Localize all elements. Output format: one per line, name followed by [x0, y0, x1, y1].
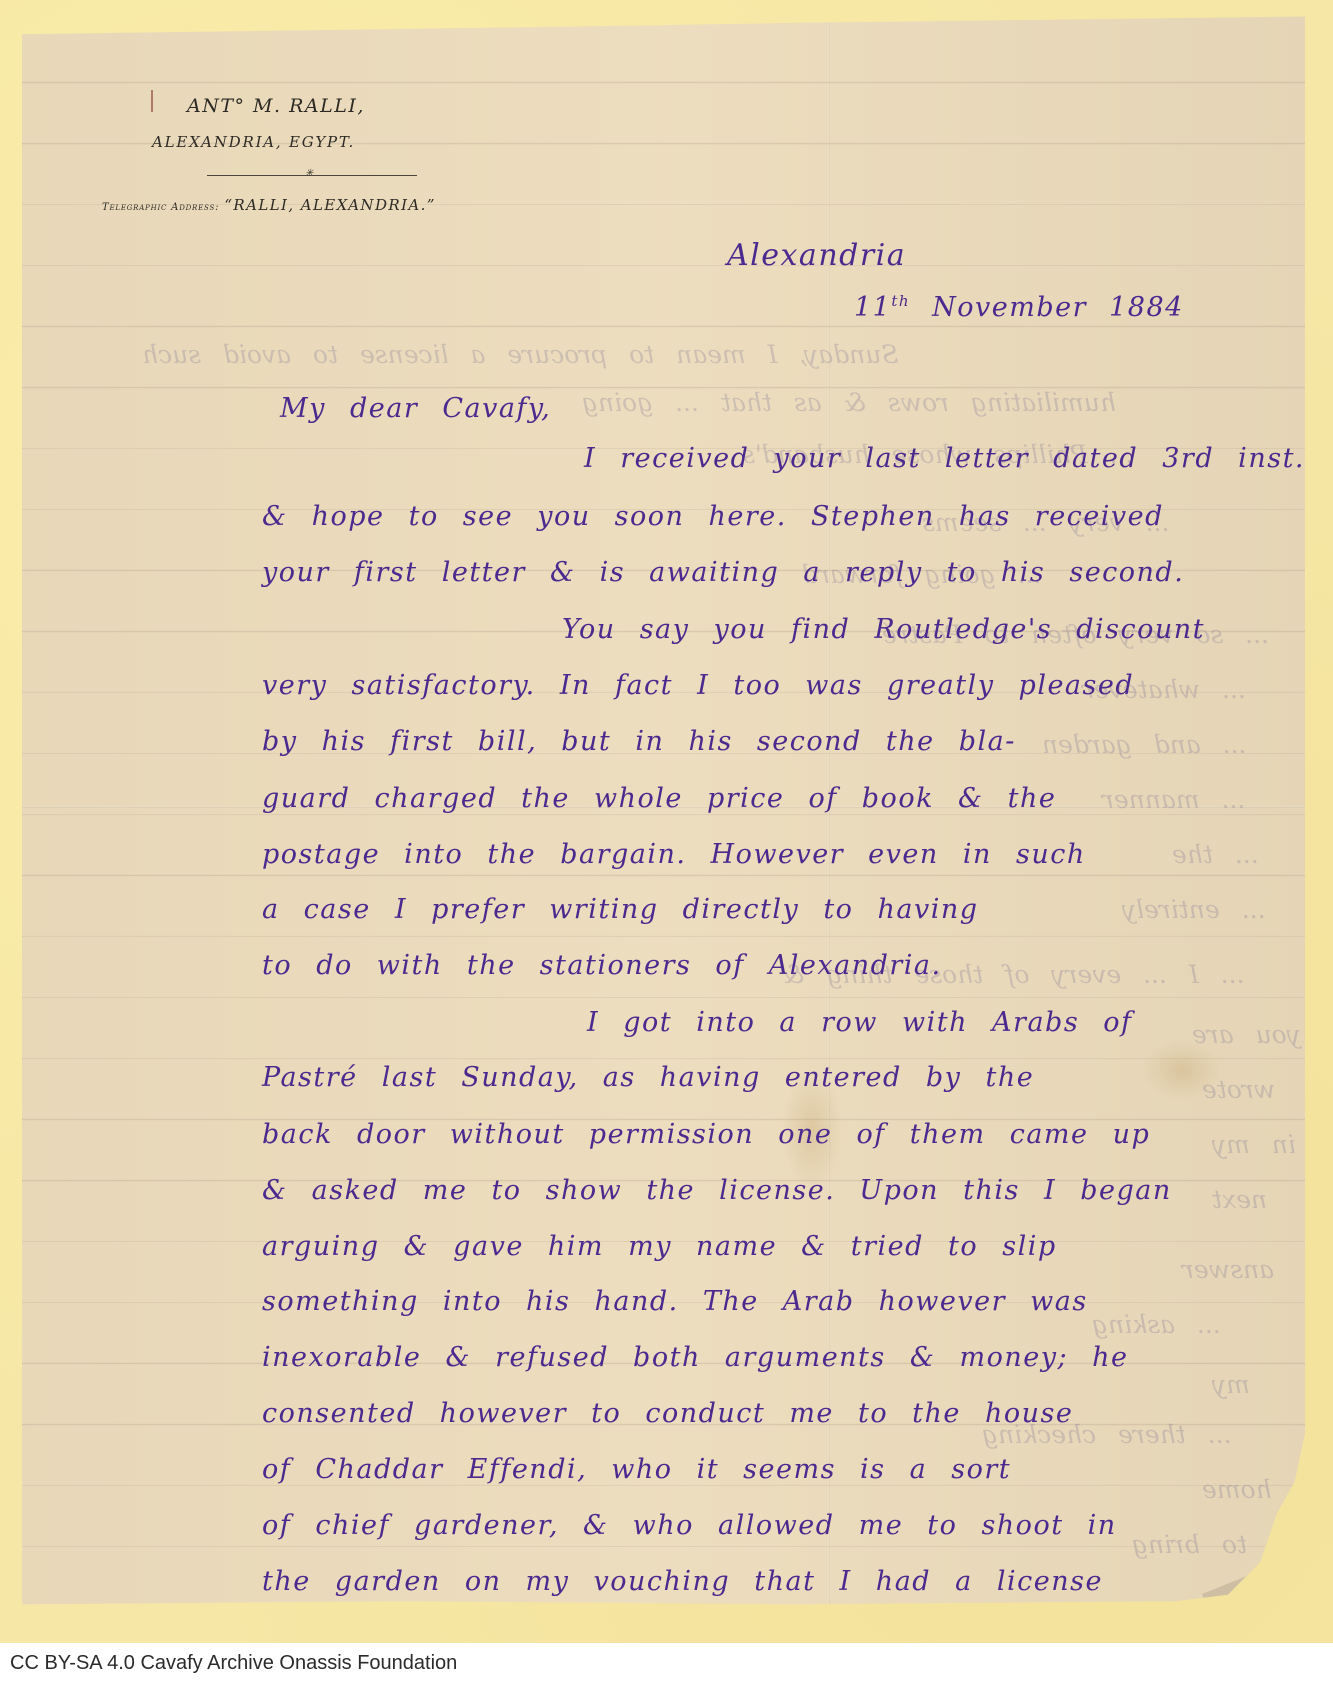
- bleed-through-line: ... manner: [1102, 785, 1245, 814]
- bleed-through-line: in my: [1212, 1130, 1296, 1159]
- bleed-through-line: you are: [1192, 1020, 1301, 1049]
- license-caption: CC BY-SA 4.0 Cavafy Archive Onassis Foun…: [10, 1652, 457, 1675]
- bleed-through-line: wrote: [1202, 1075, 1275, 1104]
- letterhead-telegraphic-address: Telegraphic Address: “RALLI, ALEXANDRIA.…: [102, 195, 522, 214]
- bleed-through-line: my: [1212, 1370, 1250, 1399]
- bleed-through-line: ... the: [1172, 840, 1259, 869]
- telegraphic-value: “RALLI, ALEXANDRIA.”: [224, 196, 436, 214]
- body-line: by his first bill, but in his second the…: [262, 726, 1016, 757]
- letterhead-city: ALEXANDRIA, EGYPT.: [152, 133, 452, 151]
- body-line: back door without permission one of them…: [262, 1119, 1150, 1150]
- bleed-through-line: Sunday, I mean to procure a license to a…: [142, 340, 898, 369]
- salutation: My dear Cavafy,: [280, 393, 551, 424]
- body-line: arguing & gave him my name & tried to sl…: [262, 1231, 1057, 1262]
- bleed-through-line: ... entirely: [1122, 895, 1266, 924]
- bleed-through-line: ... asking: [1092, 1310, 1221, 1339]
- letterhead-name: ANT° M. RALLI,: [187, 95, 447, 117]
- body-line: You say you find Routledge's discount: [562, 614, 1205, 645]
- letter-place: Alexandria: [727, 238, 906, 273]
- body-line: postage into the bargain. However even i…: [262, 839, 1086, 870]
- body-line: very satisfactory. In fact I too was gre…: [262, 670, 1134, 701]
- body-line: something into his hand. The Arab howeve…: [262, 1286, 1088, 1317]
- bleed-through-line: next: [1212, 1185, 1267, 1214]
- scan-background: ANT° M. RALLI, ALEXANDRIA, EGYPT. ✳ Tele…: [0, 0, 1333, 1643]
- body-line: at home & that I would bring it with me …: [262, 1622, 1083, 1653]
- body-line: guard charged the whole price of book & …: [262, 783, 1056, 814]
- body-line: the garden on my vouching that I had a l…: [262, 1566, 1103, 1597]
- margin-mark: [151, 90, 153, 112]
- bleed-through-line: humiliating rows & as that ... going: [582, 388, 1116, 417]
- body-line: I received your last letter dated 3rd in…: [584, 443, 1305, 474]
- body-line: to do with the stationers of Alexandria.: [262, 950, 942, 981]
- body-line: consented however to conduct me to the h…: [262, 1398, 1073, 1429]
- body-line: of Chaddar Effendi, who it seems is a so…: [262, 1454, 1011, 1485]
- body-line: inexorable & refused both arguments & mo…: [262, 1342, 1129, 1373]
- bleed-through-line: ... home: [1202, 1475, 1317, 1504]
- bleed-through-line: answer: [1182, 1255, 1274, 1284]
- body-line: & asked me to show the license. Upon thi…: [262, 1175, 1172, 1206]
- bleed-through-line: ... and garden: [1042, 730, 1247, 759]
- letter-paper: ANT° M. RALLI, ALEXANDRIA, EGYPT. ✳ Tele…: [22, 10, 1305, 1627]
- date-rest: November 1884: [932, 292, 1184, 323]
- body-line: & hope to see you soon here. Stephen has…: [262, 501, 1164, 532]
- ornament-icon: ✳: [305, 168, 313, 179]
- body-line: your first letter & is awaiting a reply …: [262, 557, 1184, 588]
- date-suffix: th: [891, 292, 910, 310]
- body-line: of chief gardener, & who allowed me to s…: [262, 1510, 1117, 1541]
- letter-date: 11th November 1884: [854, 292, 1184, 323]
- body-line: a case I prefer writing directly to havi…: [262, 894, 979, 925]
- body-line: I got into a row with Arabs of: [587, 1007, 1133, 1038]
- date-day: 11: [854, 292, 891, 323]
- bleed-through-line: ... to bring: [1132, 1530, 1293, 1559]
- telegraphic-label: Telegraphic Address:: [102, 202, 219, 213]
- body-line: Pastré last Sunday, as having entered by…: [262, 1062, 1034, 1093]
- torn-corner: [1202, 1570, 1262, 1630]
